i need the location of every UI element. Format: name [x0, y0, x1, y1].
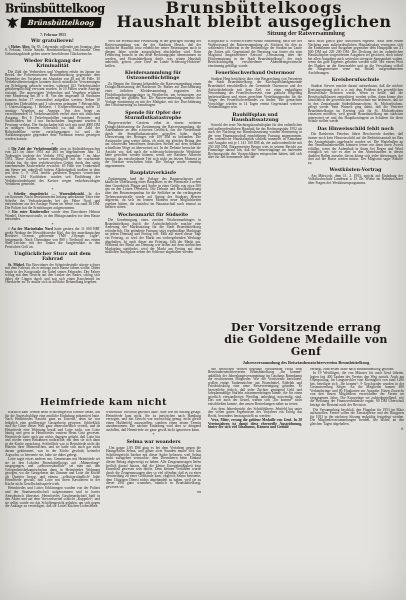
- court-article-col-b: wissentlich Vorschub geleistet habe. Abe…: [106, 411, 201, 593]
- paragraph: ◊ An der Marinebahn Nord hatte gestern d…: [5, 228, 100, 249]
- section-heading: Selma war woanders: [108, 440, 199, 445]
- paragraph: Stadtrat Hein berichtete über eine Bespr…: [208, 78, 302, 110]
- section-heading: Kleidersammlung für Ostzonenflüchtlinge: [107, 71, 199, 81]
- paragraph-lead: St. Michel.: [8, 263, 26, 267]
- paragraph: Aus dem Jahresbericht des Schriftführers…: [208, 408, 302, 419]
- paragraph: ◊ Ein roter Kinderroller wurde dem Einwo…: [5, 211, 100, 222]
- author-signature: ms: [106, 490, 201, 494]
- paragraph: ◊ Scheibe eingedrückt — Warendiebstahl. …: [5, 193, 100, 211]
- section-heading: Spende für Opfer der Sturmflutkatastroph…: [107, 111, 199, 121]
- section-heading: Unglücklicher Sturz mit dem Fahrrad: [7, 252, 98, 262]
- paragraph: St. Michel. Ein Einwohner der Schmiedest…: [5, 264, 100, 285]
- paragraph: Mit herzlichen Worten begrüßte Vorsitzen…: [208, 368, 302, 407]
- pigeon-article-col-b: verbirgt, zum ersten Male nach Brunsbütt…: [310, 368, 404, 500]
- masthead-title: Brünsbüttelkoog: [5, 3, 101, 15]
- masthead-banner: Brünsbüttelkoog: [20, 17, 101, 28]
- paragraph: Um ganze 1,85 DM ging es bei dem Verfahr…: [106, 447, 201, 490]
- court-article-col-a: Kürzlich kam Termin beim Schöffengericht…: [5, 411, 100, 593]
- paragraph: Weit die erfreulichste Feststellung in d…: [105, 40, 201, 68]
- newspaper-page: Brünsbüttelkoog Brünsbüttelkoog 7. Febru…: [0, 0, 406, 600]
- item-separator: *: [106, 433, 201, 437]
- section-heading: Westküsten-Vortrag: [310, 168, 401, 173]
- paragraph: Bürgervorsteher Carstens erbat in einem …: [105, 122, 201, 168]
- main-headline: Brunsbüttelkoogs Haushalt bleibt ausgegl…: [104, 1, 404, 28]
- paragraph: Die Ratsherrin Pietzkus führte Beschwerd…: [308, 133, 403, 165]
- court-article-headline: Heimfriede kam nicht: [5, 397, 202, 408]
- paragraph: Kürzlich kam Termin beim Schöffengericht…: [5, 411, 100, 457]
- main-subheadline: Sitzung der Ratsversammlung: [208, 31, 404, 37]
- paragraph-lead: ◊ Die Zahl der Verkehrsunfälle: [8, 147, 60, 151]
- paragraph: Zustimmung fand die Vorlage des Bauaussc…: [105, 178, 201, 210]
- paragraph: Vera, Mitte, errang die goldene Medaille…: [208, 419, 302, 430]
- section-heading: Kreisberufsschule: [310, 78, 401, 83]
- paragraph: In 19 Wettflügen, die von Münster bis na…: [310, 372, 404, 407]
- paragraph: Die Zahl der Verbrechen und Vergehen erf…: [5, 71, 100, 142]
- paragraph: ◊ Hohes Alter. Ihr 83. Lebensjahr vollen…: [5, 46, 100, 57]
- section-heading: Wieder Rückgang der Kriminalität: [7, 59, 98, 69]
- paragraph: Koogstraße u. Friedrich-Ebert-Straße ein…: [208, 40, 302, 68]
- court-article: Heimfriede kam nicht Kürzlich kam Termin…: [5, 397, 202, 593]
- paragraph: wissentlich Vorschub geleistet habe. Abe…: [106, 411, 201, 432]
- masthead: Brünsbüttelkoog Brünsbüttelkoog 7. Febru…: [5, 3, 101, 37]
- paragraph: Lotte sagte etwas anderes aus. Gemeinsam…: [5, 458, 100, 486]
- section-heading: Das Hinweisschild fehlt noch: [310, 127, 401, 132]
- paragraph: Zu Beginn der Sitzung behandelte die Rat…: [105, 83, 201, 108]
- paragraph: nach nicht gleich gute Aussichten ergebe…: [308, 40, 403, 75]
- paragraph: Sowohl der erste Nachtragshaushaltsplan …: [208, 124, 302, 159]
- section-heading: Wir gratulieren!: [7, 39, 98, 44]
- paragraph: ◊ Die Zahl der Verkehrsunfälle stieg in …: [5, 148, 100, 187]
- paragraph: Heimfriedes und Lottes Erklärungen wurde…: [5, 487, 100, 508]
- masthead-emblem-row: Brünsbüttelkoog: [5, 16, 101, 29]
- paragraph-lead: ◊ An der Marinebahn Nord: [8, 227, 54, 231]
- pigeon-article-columns: Mit herzlichen Worten begrüßte Vorsitzen…: [208, 368, 404, 500]
- pigeon-headline-line2: die Goldene Medaille von Genf: [208, 334, 404, 358]
- paragraph: Stadtrat Sievers machte darauf aufmerksa…: [308, 85, 403, 124]
- column-2: Weit die erfreulichste Feststellung in d…: [105, 40, 201, 416]
- paragraph-lead: ◊ Scheibe eingedrückt — Warendiebstahl.: [8, 192, 88, 196]
- eagle-crest-icon: [5, 16, 20, 29]
- column-1: Wir gratulieren!◊ Hohes Alter. Ihr 83. L…: [5, 36, 100, 396]
- paragraph: Am Mittwoch, dem 11. 2. 1953, spricht au…: [308, 175, 403, 186]
- court-article-columns: Kürzlich kam Termin beim Schöffengericht…: [5, 411, 202, 593]
- paragraph-lead: ◊ Hohes Alter.: [8, 45, 31, 49]
- paragraph-lead: ◊ Ein roter Kinderroller: [8, 210, 51, 214]
- section-heading: Bauplatzverkäufe: [107, 171, 199, 176]
- main-headline-line2: Haushalt bleibt ausgeglichen: [104, 15, 404, 28]
- paragraph: Die Versammlung beschloß, den Flugplan f…: [310, 409, 404, 427]
- section-heading: Feuerlöschverband Ostermoor: [210, 71, 300, 76]
- paragraph: Die Genehmigung eines zweiten Wochenmark…: [105, 219, 201, 254]
- section-heading: Bauhilfsplan und Haushaltssatzung: [210, 113, 300, 123]
- pigeon-club-article: Der Vorsitzende errang die Goldene Medai…: [208, 322, 404, 500]
- column-4: nach nicht gleich gute Aussichten ergebe…: [308, 40, 403, 321]
- column-3: Koogstraße u. Friedrich-Ebert-Straße ein…: [208, 40, 302, 321]
- pigeon-article-col-a: Mit herzlichen Worten begrüßte Vorsitzen…: [208, 368, 302, 500]
- pigeon-subheadline: Jahresversammlung des Reisetaubenzüchter…: [208, 360, 404, 365]
- author-signature: rl.: [310, 427, 404, 431]
- section-heading: Wochenmarkt für Südseite: [107, 213, 199, 218]
